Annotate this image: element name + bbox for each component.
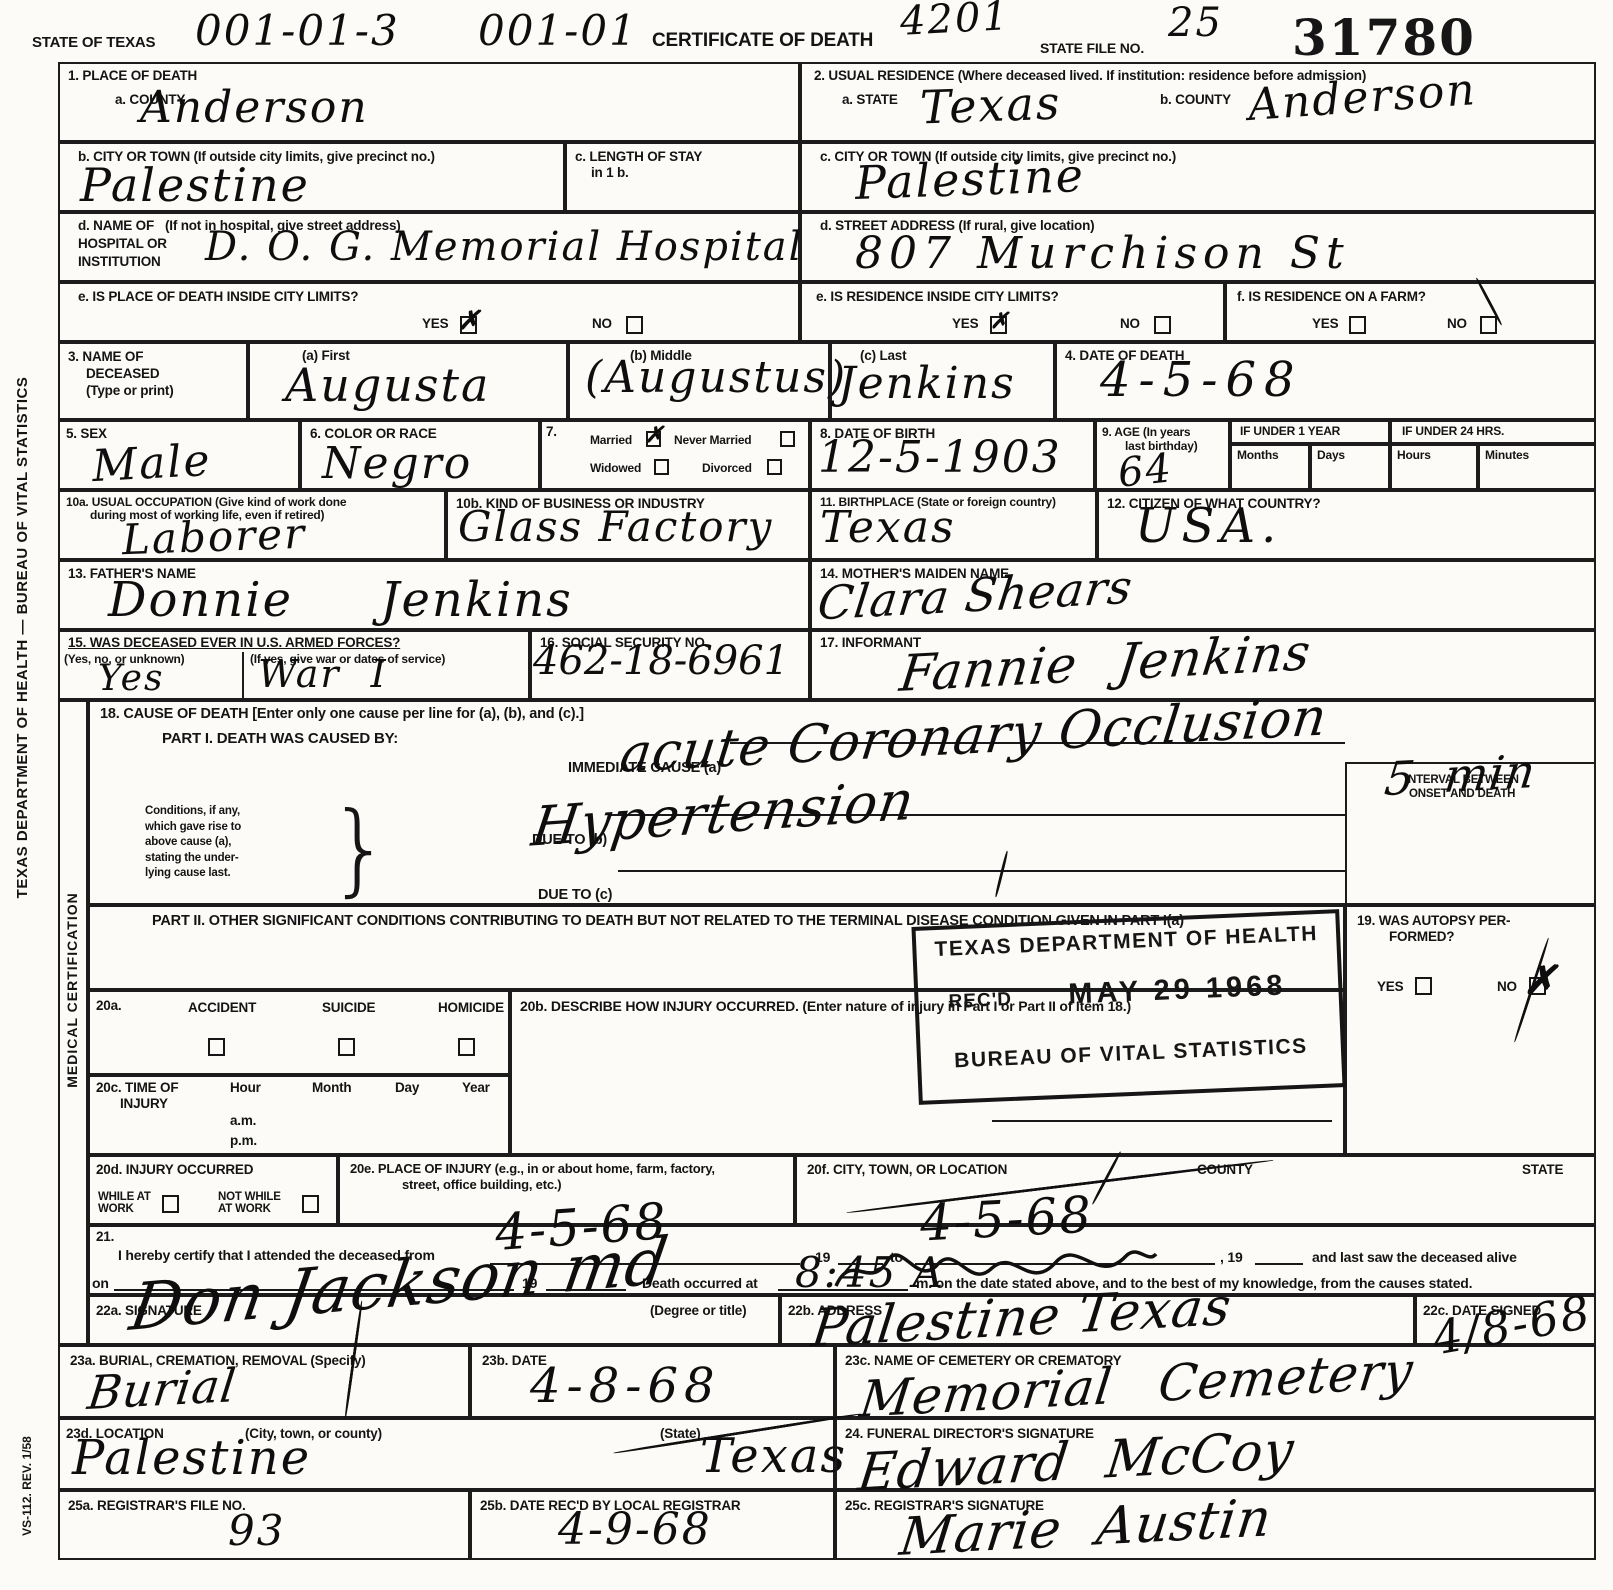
if-under-1-year-label: IF UNDER 1 YEAR: [1240, 425, 1340, 439]
alive-text: and last saw the deceased alive: [1312, 1249, 1517, 1265]
time-of-injury-label-1: 20c. TIME OF: [96, 1080, 178, 1096]
certificate-title: CERTIFICATE OF DEATH: [652, 30, 873, 52]
stamp-recd-label: REC'D: [948, 989, 1012, 1014]
degree-or-title-label: (Degree or title): [650, 1303, 746, 1319]
deceased-label-1: 3. NAME OF: [68, 349, 143, 365]
not-while-at-work-checkbox: [302, 1195, 319, 1213]
hours-label: Hours: [1397, 449, 1431, 463]
check-mark-icon: ✗: [458, 306, 480, 336]
days-cell: Days: [1310, 444, 1390, 490]
hospital-label-2: HOSPITAL OR: [78, 236, 167, 252]
certify-number-label: 21.: [96, 1229, 114, 1245]
deceased-label-2: DECEASED: [86, 366, 159, 382]
residence-city-limits-cell: e. IS RESIDENCE INSIDE CITY LIMITS? YES …: [800, 282, 1225, 342]
autopsy-label-1: 19. WAS AUTOPSY PER-: [1357, 913, 1510, 929]
residence-farm-label: f. IS RESIDENCE ON A FARM?: [1237, 289, 1426, 305]
handwritten-top-1: 4201: [899, 0, 1011, 45]
divorced-label: Divorced: [702, 462, 752, 476]
first-name-value: Augusta: [285, 358, 490, 412]
marital-status-cell: 7. Married ✗ Never Married Widowed Divor…: [540, 420, 810, 490]
birthplace-value: Texas: [820, 502, 956, 553]
armed-forces-value: Yes: [98, 658, 164, 699]
residence-county-label: b. COUNTY: [1160, 92, 1231, 108]
divorced-checkbox: [767, 459, 782, 475]
deceased-label-3: (Type or print): [86, 383, 174, 399]
stamp-line-3: BUREAU OF VITAL STATISTICS: [921, 1033, 1342, 1075]
residence-farm-no-label: NO: [1447, 316, 1467, 332]
pm-label: p.m.: [230, 1133, 257, 1149]
autopsy-yes-label: YES: [1377, 979, 1403, 995]
received-stamp: TEXAS DEPARTMENT OF HEALTH REC'D MAY 29 …: [911, 909, 1346, 1105]
check-mark-icon: ✗: [990, 308, 1008, 334]
residence-city-value: Palestine: [854, 148, 1086, 210]
residence-city-limits-no-checkbox: [1154, 316, 1171, 334]
if-under-24-hrs-header: IF UNDER 24 HRS.: [1390, 420, 1596, 444]
hospital-label-1: d. NAME OF: [78, 218, 154, 234]
days-label: Days: [1317, 449, 1345, 463]
age-label-1: 9. AGE (In years: [1102, 426, 1190, 440]
autopsy-yes-checkbox: [1415, 977, 1432, 995]
months-label: Months: [1237, 449, 1278, 463]
last-name-value: Jenkins: [838, 358, 1016, 409]
widowed-checkbox: [654, 459, 669, 475]
residence-farm-yes-checkbox: [1349, 316, 1366, 334]
while-at-work-checkbox: [162, 1195, 179, 1213]
conditions-note-2: which gave rise to: [145, 820, 320, 836]
interval-value: 5 min: [1382, 744, 1539, 806]
length-of-stay-cell: c. LENGTH OF STAY in 1 b.: [565, 142, 800, 212]
injury-city-label: 20f. CITY, TOWN, OR LOCATION: [807, 1162, 1007, 1178]
date-of-birth-value: 12-5-1903: [818, 432, 1062, 483]
manner-label: 20a.: [96, 998, 121, 1014]
hospital-label-3: INSTITUTION: [78, 254, 161, 270]
marital-label: 7.: [546, 424, 557, 440]
due-to-c-label: DUE TO (c): [538, 887, 612, 904]
hospital-value: D. O. G. Memorial Hospital: [205, 224, 803, 270]
death-city-limits-cell: e. IS PLACE OF DEATH INSIDE CITY LIMITS?…: [58, 282, 800, 342]
handwritten-top-2: 25: [1168, 0, 1223, 46]
residence-farm-yes-label: YES: [1312, 316, 1338, 332]
death-city-limits-no-label: NO: [592, 316, 612, 332]
form-revision-code: VS-112. REV. 1/58: [20, 1412, 34, 1560]
homicide-label: HOMICIDE: [438, 1000, 504, 1016]
death-certificate-scan: STATE OF TEXAS 001-01-3 001-01 CERTIFICA…: [0, 0, 1613, 1590]
citizen-value: USA.: [1135, 498, 1282, 554]
handwritten-code-2: 001-01: [478, 6, 638, 55]
armed-forces-label: 15. WAS DECEASED EVER IN U.S. ARMED FORC…: [68, 635, 400, 651]
father-name-value: Donnie Jenkins: [108, 572, 573, 628]
name-of-deceased-label-cell: 3. NAME OF DECEASED (Type or print): [58, 342, 248, 420]
street-address-value: 807 Murchison St: [855, 228, 1350, 279]
injury-occurred-cell: 20d. INJURY OCCURRED WHILE AT WORK NOT W…: [88, 1155, 338, 1225]
if-under-24-hrs-label: IF UNDER 24 HRS.: [1402, 425, 1504, 439]
injury-occurred-label: 20d. INJURY OCCURRED: [96, 1162, 253, 1178]
residence-city-limits-no-label: NO: [1120, 316, 1140, 332]
accident-checkbox: [208, 1038, 225, 1056]
residence-city-limits-label: e. IS RESIDENCE INSIDE CITY LIMITS?: [816, 289, 1059, 305]
state-file-number: 31780: [1292, 8, 1476, 67]
sex-label: 5. SEX: [66, 426, 107, 442]
industry-value: Glass Factory: [458, 502, 773, 551]
minutes-label: Minutes: [1485, 449, 1529, 463]
registrar-file-label: 25a. REGISTRAR'S FILE NO.: [68, 1498, 246, 1514]
date-of-death-value: 4-5-68: [1100, 352, 1303, 408]
minutes-cell: Minutes: [1478, 444, 1596, 490]
while-at-work-label-2: WORK: [98, 1203, 134, 1216]
injury-location-cell: 20f. CITY, TOWN, OR LOCATION COUNTY STAT…: [795, 1155, 1596, 1225]
burial-date-value: 4-8-68: [530, 1358, 721, 1414]
months-cell: Months: [1230, 444, 1310, 490]
never-married-label: Never Married: [674, 434, 751, 448]
cause-of-death-label: 18. CAUSE OF DEATH [Enter only one cause…: [100, 706, 584, 723]
medical-certification-vertical-label: MEDICAL CERTIFICATION: [64, 780, 80, 1200]
state-of-texas-label: STATE OF TEXAS: [32, 34, 155, 51]
conditions-note-3: above cause (a),: [145, 835, 320, 851]
residence-farm-no-checkbox: [1480, 316, 1497, 334]
race-value: Negro: [322, 438, 472, 489]
time-of-injury-cell: 20c. TIME OF INJURY Hour Month Day Year …: [88, 1075, 510, 1155]
conditions-note-5: lying cause last.: [145, 866, 320, 882]
place-of-injury-label-1: 20e. PLACE OF INJURY (e.g., in or about …: [350, 1162, 715, 1177]
burial-location-city-value: Palestine: [72, 1430, 311, 1486]
homicide-checkbox: [458, 1038, 475, 1056]
widowed-label: Widowed: [590, 462, 641, 476]
month-label: Month: [312, 1080, 351, 1096]
injury-state-label: STATE: [1522, 1162, 1563, 1178]
city-or-town-value: Palestine: [80, 158, 310, 212]
manner-cell: 20a. ACCIDENT SUICIDE HOMICIDE: [88, 990, 510, 1075]
residence-state-value: Texas: [919, 76, 1062, 135]
accident-label: ACCIDENT: [188, 1000, 256, 1016]
year-label: Year: [462, 1080, 490, 1096]
sex-value: Male: [91, 435, 213, 492]
autopsy-no-label: NO: [1497, 979, 1517, 995]
state-file-no-label: STATE FILE NO.: [1040, 40, 1144, 56]
place-of-injury-label-2: street, office building, etc.): [402, 1178, 561, 1193]
ssn-value: 462-18-6961: [533, 638, 789, 684]
conditions-note: Conditions, if any, which gave rise to a…: [145, 804, 320, 882]
divider: [242, 652, 244, 698]
war-value: War I: [258, 652, 388, 696]
handwritten-code-1: 001-01-3: [195, 6, 400, 55]
stamp-line-1: TEXAS DEPARTMENT OF HEALTH: [916, 921, 1337, 963]
burial-value: Burial: [85, 1358, 240, 1420]
date-received-value: 4-9-68: [558, 1504, 712, 1555]
hour-label: Hour: [230, 1080, 261, 1096]
check-mark-icon: ✗: [645, 422, 663, 448]
county-value: Anderson: [140, 82, 369, 133]
write-line: [992, 1120, 1332, 1122]
residence-city-limits-yes-label: YES: [952, 316, 978, 332]
autopsy-cell: 19. WAS AUTOPSY PER- FORMED? YES NO ✗: [1345, 905, 1596, 1155]
not-while-label-2: AT WORK: [218, 1203, 271, 1216]
conditions-note-1: Conditions, if any,: [145, 804, 320, 820]
conditions-note-4: stating the under-: [145, 851, 320, 867]
hours-cell: Hours: [1390, 444, 1478, 490]
death-city-limits-no-checkbox: [626, 316, 643, 334]
death-city-limits-label: e. IS PLACE OF DEATH INSIDE CITY LIMITS?: [78, 289, 358, 305]
write-line: [618, 870, 1345, 872]
autopsy-label-2: FORMED?: [1389, 929, 1454, 945]
year2-label: , 19: [1220, 1249, 1243, 1265]
part1-label: PART I. DEATH WAS CAUSED BY:: [162, 730, 398, 747]
time-of-injury-label-2: INJURY: [120, 1096, 168, 1112]
registrar-file-value: 93: [228, 1506, 285, 1555]
am-label: a.m.: [230, 1113, 256, 1129]
suicide-label: SUICIDE: [322, 1000, 375, 1016]
department-vertical-label: TEXAS DEPARTMENT OF HEALTH — BUREAU OF V…: [14, 270, 31, 1005]
length-of-stay-label: c. LENGTH OF STAY: [575, 149, 702, 165]
on-label: on: [92, 1275, 109, 1291]
residence-state-label: a. STATE: [842, 92, 898, 108]
never-married-checkbox: [780, 431, 795, 447]
occupation-value: Laborer: [121, 509, 307, 564]
day-label: Day: [395, 1080, 419, 1096]
suicide-checkbox: [338, 1038, 355, 1056]
if-under-1-year-header: IF UNDER 1 YEAR: [1230, 420, 1390, 444]
write-line: [1255, 1263, 1303, 1265]
stamp-date: MAY 29 1968: [1068, 969, 1287, 1011]
residence-farm-cell: f. IS RESIDENCE ON A FARM? YES NO: [1225, 282, 1596, 342]
death-city-limits-yes-label: YES: [422, 316, 448, 332]
middle-name-value: (Augustus): [585, 352, 847, 403]
length-of-stay-sublabel: in 1 b.: [591, 165, 629, 181]
married-label: Married: [590, 434, 632, 448]
brace-glyph: }: [328, 790, 392, 907]
